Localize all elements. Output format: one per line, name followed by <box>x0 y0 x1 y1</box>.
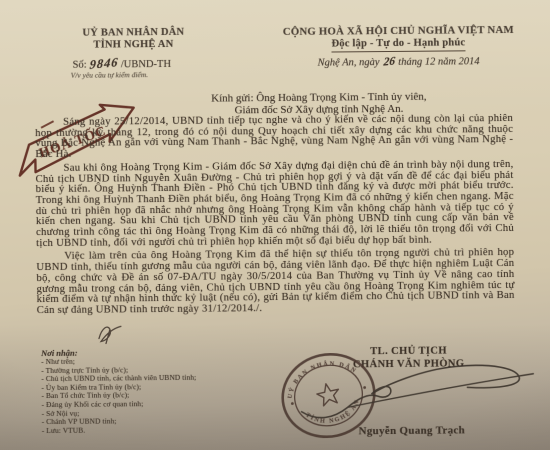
date-pre: Nghệ An, ngày <box>318 57 380 69</box>
paragraph-2: Sau khi ông Hoàng Trọng Kim - Giám đốc S… <box>35 159 514 249</box>
paragraph-3: Việc làm trên của ông Hoàng Trọng Kim đã… <box>36 247 515 315</box>
recipients-block: Nơi nhận: - Như trên; - Thường trực Tỉnh… <box>41 346 232 435</box>
signer-name: Nguyễn Quang Trạch <box>312 424 512 438</box>
national-motto-line2: Độc lập - Tự do - Hạnh phúc <box>331 37 465 52</box>
paragraph-1: Sáng ngày 25/12/2014, UBND tỉnh tiếp tục… <box>35 113 513 160</box>
handwritten-initial-mark <box>95 321 125 345</box>
body-text: Sáng ngày 25/12/2014, UBND tỉnh tiếp tục… <box>35 113 515 319</box>
date-post: tháng 12 năm 2014 <box>398 56 479 68</box>
issuer-block: UỶ BAN NHÂN DÂN TỈNH NGHỆ AN <box>48 26 218 50</box>
recipient-item: - Lưu: VTUB. <box>42 425 232 435</box>
date-line: Nghệ An, ngày 26 tháng 12 năm 2014 <box>265 55 533 69</box>
number-suffix: /UBND-TH <box>121 59 171 70</box>
scanned-document-photo: UỶ BAN NHÂN DÂN TỈNH NGHỆ AN Số: 9846 /U… <box>0 0 550 450</box>
date-day-handwritten: 26 <box>383 55 395 68</box>
document-page: UỶ BAN NHÂN DÂN TỈNH NGHỆ AN Số: 9846 /U… <box>0 0 550 450</box>
number-prefix: Số: <box>73 60 87 71</box>
national-header: CỘNG HOÀ XÃ HỘI CHỦ NGHĨA VIỆT NAM Độc l… <box>254 24 542 54</box>
issuer-province: TỈNH NGHỆ AN <box>48 38 218 51</box>
signature-scribble <box>289 358 542 426</box>
